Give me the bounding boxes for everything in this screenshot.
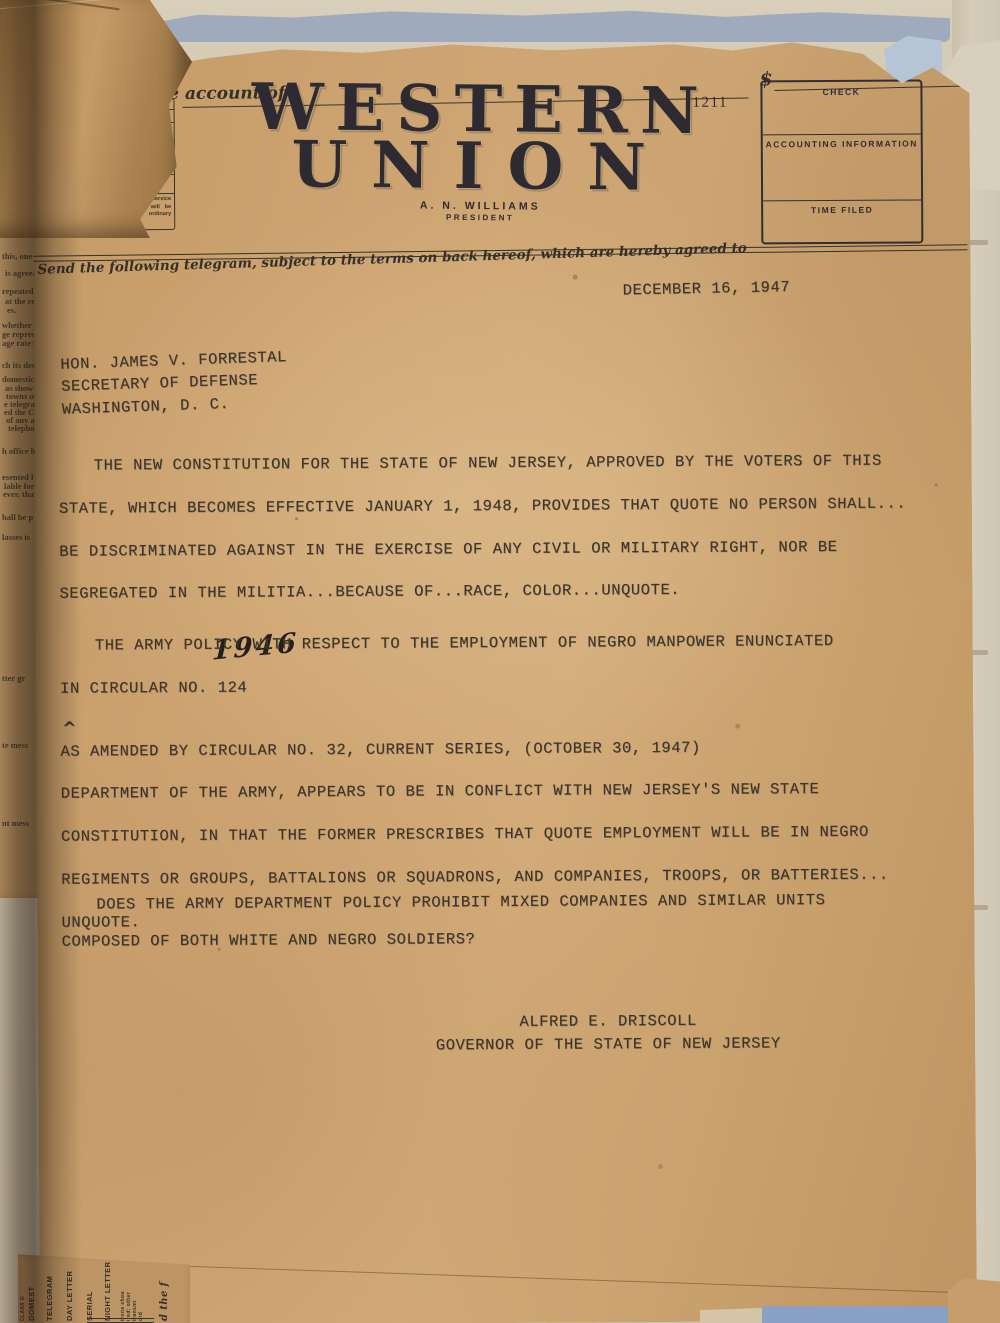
terms-fragment: h office b bbox=[2, 446, 36, 456]
signature-block: ALFRED E. DRISCOLL GOVERNOR OF THE STATE… bbox=[368, 1009, 848, 1057]
terms-fragment: is agreed bbox=[5, 268, 37, 278]
rotated-label: CLASS O bbox=[20, 1296, 26, 1321]
line-post: AS AMENDED BY CIRCULAR NO. 32, CURRENT S… bbox=[60, 725, 888, 773]
box-divider bbox=[763, 199, 921, 201]
paper-wedge-bottom bbox=[700, 1308, 764, 1323]
sender-title: GOVERNOR OF THE STATE OF NEW JERSEY bbox=[368, 1032, 848, 1058]
rotated-label: SERIAL bbox=[85, 1291, 94, 1321]
terms-fragment: te mess bbox=[2, 740, 28, 750]
body-line: BE DISCRIMINATED AGAINST IN THE EXERCISE… bbox=[59, 525, 906, 573]
rotated-label: TELEGRAM bbox=[45, 1276, 54, 1321]
blue-paper-top-edge bbox=[150, 8, 950, 42]
body-line: CONSTITUTION, IN THAT THE FORMER PRESCRI… bbox=[61, 811, 889, 859]
box-divider bbox=[763, 133, 921, 135]
western-union-logo: WESTERN UNION A. N. WILLIAMS PRESIDENT bbox=[200, 75, 761, 224]
check-accounting-box: CHECK ACCOUNTING INFORMATION TIME FILED bbox=[760, 79, 923, 244]
terms-fragment: this, one bbox=[2, 251, 32, 261]
rotated-double-rule bbox=[87, 1318, 154, 1323]
send-telegram-terms-line: Send the following telegram, subject to … bbox=[37, 240, 747, 278]
accounting-information-label: ACCOUNTING INFORMATION bbox=[763, 138, 921, 149]
terms-fragment: repeated- bbox=[2, 286, 36, 296]
terms-fragment: es. bbox=[7, 305, 16, 315]
body-line: COMPOSED OF BOTH WHITE AND NEGRO SOLDIER… bbox=[62, 919, 826, 961]
blue-paper-bottom-edge bbox=[762, 1306, 954, 1323]
paragraph-1: THE NEW CONSTITUTION FOR THE STATE OF NE… bbox=[59, 440, 907, 616]
rotated-script-fragment: d the f bbox=[159, 1282, 170, 1321]
check-label: CHECK bbox=[762, 86, 920, 97]
terms-fragment: nt mess bbox=[2, 818, 29, 828]
paragraph-3: DOES THE ARMY DEPARTMENT POLICY PROHIBIT… bbox=[61, 882, 825, 961]
recipient-address: HON. JAMES V. FORRESTAL SECRETARY OF DEF… bbox=[60, 346, 289, 421]
terms-fragment: ch its dest bbox=[2, 360, 38, 370]
time-filed-label: TIME FILED bbox=[763, 204, 921, 215]
body-line-with-caret: IN CIRCULAR NO. 124^AS AMENDED BY CIRCUL… bbox=[60, 662, 888, 773]
rotated-label: NIGHT LETTER bbox=[103, 1262, 112, 1321]
terms-fragment: lasses is bbox=[2, 532, 30, 542]
form-number: 1211 bbox=[692, 95, 728, 112]
telegram-page: Charge to the account of $ CLASS OF SERV… bbox=[32, 23, 977, 1323]
line-pre: IN CIRCULAR NO. 124 bbox=[60, 662, 888, 710]
rotated-label: DAY LETTER bbox=[65, 1271, 74, 1321]
fold-crease bbox=[0, 0, 119, 10]
body-line: STATE, WHICH BECOMES EFFECTIVE JANUARY 1… bbox=[59, 482, 906, 530]
body-line: DEPARTMENT OF THE ARMY, APPEARS TO BE IN… bbox=[61, 768, 889, 816]
body-line: THE ARMY POLICY WITH RESPECT TO THE EMPL… bbox=[60, 620, 888, 668]
body-line: SEGREGATED IN THE MILITIA...BECAUSE OF..… bbox=[59, 568, 906, 616]
body-line: THE NEW CONSTITUTION FOR THE STATE OF NE… bbox=[59, 440, 906, 488]
scanned-telegram-photo: { "document": { "form_number": "1211", "… bbox=[0, 0, 1000, 1323]
caret-insert-mark: ^ bbox=[62, 718, 71, 738]
terms-fragment: hall be p bbox=[2, 512, 33, 522]
rotated-label: DOMEST bbox=[27, 1287, 36, 1321]
terms-fragment: tter gr bbox=[2, 673, 25, 683]
body-line: DOES THE ARMY DEPARTMENT POLICY PROHIBIT… bbox=[61, 882, 825, 924]
telegram-date: DECEMBER 16, 1947 bbox=[622, 278, 790, 299]
terms-fragment: age rate is bbox=[2, 338, 39, 348]
sender-name: ALFRED E. DRISCOLL bbox=[368, 1009, 848, 1035]
terms-fragment: ever, tha bbox=[3, 489, 34, 499]
